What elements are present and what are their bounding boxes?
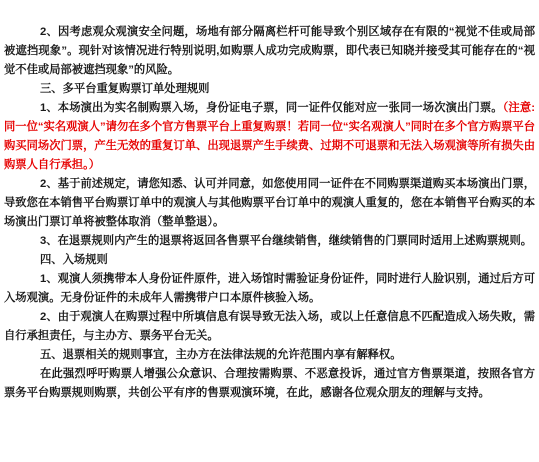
paragraph-info-mismatch-liability: 2、由于观演人在购票过程中所填信息有误导致无法入场，或以上任意信息不匹配造成入场… [4,308,535,346]
paragraph-refund-resale: 3、在退票规则内产生的退票将返回各售票平台继续销售，继续销售的门票同时适用上述购… [4,232,535,251]
paragraph-real-name-ticketing: 1、本场演出为实名制购票入场，身份证电子票，同一证件仅能对应一张同一场次演出门票… [4,99,535,175]
paragraph-closing-appeal: 在此强烈呼吁购票人增强公众意识、合理按需购票、不恶意投诉，通过官方售票渠道，按照… [4,365,535,403]
text-segment: 在此强烈呼吁购票人增强公众意识、合理按需购票、不恶意投诉，通过官方售票渠道，按照… [4,368,535,399]
text-segment: 五、退票相关的规则事宜，主办方在法律法规的允许范围内享有解释权。 [40,349,402,361]
heading-text: 三、多平台重复购票订单处理规则 [40,83,209,95]
text-segment: 2、由于观演人在购票过程中所填信息有误导致无法入场，或以上任意信息不匹配造成入场… [4,311,535,342]
paragraph-venue-view-warning: 2、因考虑观众观演安全问题，场地有部分隔离栏杆可能导致个别区域存在有限的“视觉不… [4,23,535,80]
text-segment: 2、基于前述规定，请您知悉、认可并同意，如您使用同一证件在不同购票渠道购买本场演… [4,178,535,228]
heading-text: 四、入场规则 [40,254,108,266]
section-heading-multi-platform-rules: 三、多平台重复购票订单处理规则 [4,80,535,99]
section-heading-entry-rules: 四、入场规则 [4,251,535,270]
paragraph-refund-interpretation-rights: 五、退票相关的规则事宜，主办方在法律法规的允许范围内享有解释权。 [4,346,535,365]
paragraph-duplicate-order-cancellation: 2、基于前述规定，请您知悉、认可并同意，如您使用同一证件在不同购票渠道购买本场演… [4,175,535,232]
text-segment: 1、本场演出为实名制购票入场，身份证电子票，同一证件仅能对应一张同一场次演出门票… [40,102,503,114]
text-segment: 2、因考虑观众观演安全问题，场地有部分隔离栏杆可能导致个别区域存在有限的“视觉不… [4,26,535,76]
text-segment: 3、在退票规则内产生的退票将返回各售票平台继续销售，继续销售的门票同时适用上述购… [40,235,532,247]
paragraph-id-verification: 1、观演人须携带本人身份证件原件，进入场馆时需验证身份证件，同时进行人脸识别，通… [4,270,535,308]
text-segment: 1、观演人须携带本人身份证件原件，进入场馆时需验证身份证件，同时进行人脸识别，通… [4,273,535,304]
notice-document: 2、因考虑观众观演安全问题，场地有部分隔离栏杆可能导致个别区域存在有限的“视觉不… [0,0,539,462]
